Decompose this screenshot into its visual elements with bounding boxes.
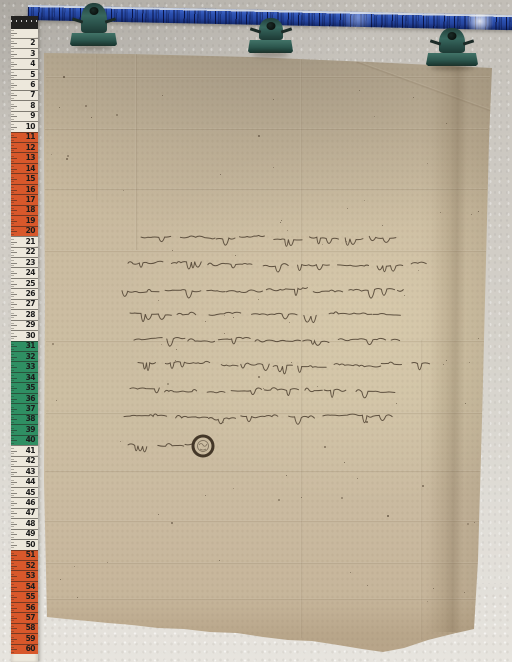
script-line-4 <box>130 312 400 323</box>
ruler-mm-tick <box>11 108 14 109</box>
ruler-cm-51: 51 <box>11 550 38 560</box>
ruler-half-tick <box>11 148 17 149</box>
ruler-mm-tick <box>11 119 14 120</box>
ruler-cm-23: 23 <box>11 257 38 267</box>
ruler-mm-tick <box>11 526 14 527</box>
seal-ring <box>193 436 213 456</box>
ruler-mm-tick <box>11 187 14 188</box>
ruler-number: 39 <box>26 426 35 434</box>
ruler-number: 36 <box>26 394 35 402</box>
ruler-cm-57: 57 <box>11 612 38 622</box>
ruler-mm-tick <box>11 198 14 199</box>
ruler-mm-tick <box>11 459 14 460</box>
ruler-cm-17: 17 <box>11 194 38 204</box>
ruler-half-tick <box>11 294 17 295</box>
ruler-mm-tick <box>11 584 14 585</box>
ruler-mm-tick <box>11 401 14 402</box>
ruler-mm-tick <box>11 558 14 559</box>
ruler-mm-tick <box>11 422 14 423</box>
ruler-mm-tick <box>11 124 14 125</box>
ruler-half-tick <box>11 628 17 629</box>
ruler-cm-33: 33 <box>11 361 38 371</box>
ruler-cm-35: 35 <box>11 382 38 392</box>
ruler-half-tick <box>11 524 17 525</box>
ruler-mm-tick <box>11 579 14 580</box>
binder-clip-left <box>70 3 117 46</box>
ruler-half-tick <box>11 315 17 316</box>
ruler-number: 21 <box>26 238 35 246</box>
ruler-half-tick <box>11 482 17 483</box>
ruler-cm-2: 2 <box>11 38 38 48</box>
ruler-mm-tick <box>11 417 14 418</box>
ruler-mm-tick <box>11 464 14 465</box>
ruler-number: 31 <box>26 342 35 350</box>
ruler-number: 60 <box>26 645 35 653</box>
ruler-cm-46: 46 <box>11 497 38 507</box>
ruler-mm-tick <box>11 532 14 533</box>
script-line-1 <box>141 235 396 246</box>
ruler-cm-49: 49 <box>11 529 38 539</box>
ruler-half-tick <box>11 430 17 431</box>
ruler-number: 15 <box>26 175 35 183</box>
ruler-half-tick <box>11 555 17 556</box>
ruler-cm-45: 45 <box>11 487 38 497</box>
ruler-mm-tick <box>11 553 14 554</box>
ruler-mm-tick <box>11 386 14 387</box>
ruler-half-tick <box>11 179 17 180</box>
ruler-number: 11 <box>26 133 35 141</box>
clip-head <box>259 18 283 40</box>
ruler-mm-tick <box>11 328 14 329</box>
ruler-number: 19 <box>26 217 35 225</box>
ruler-cm-8: 8 <box>11 100 38 110</box>
ruler-cm-15: 15 <box>11 173 38 183</box>
ruler-mm-tick <box>11 307 14 308</box>
ruler-mm-tick <box>11 219 14 220</box>
ruler-mm-tick <box>11 177 14 178</box>
ruler-mm-tick <box>11 480 14 481</box>
ruler-number: 48 <box>26 520 35 528</box>
ruler-cm-41: 41 <box>11 445 38 455</box>
manuscript-page <box>0 0 512 662</box>
ruler-half-tick <box>11 513 17 514</box>
ruler-half-tick <box>11 618 17 619</box>
ruler-mm-tick <box>11 432 14 433</box>
ruler-mm-tick <box>11 620 14 621</box>
ruler-mm-tick <box>11 448 14 449</box>
ruler-number: 33 <box>26 363 35 371</box>
script-line-5 <box>134 337 400 346</box>
ruler-mm-tick <box>11 51 14 52</box>
ruler-mm-tick <box>11 271 14 272</box>
ruler-half-tick <box>11 43 17 44</box>
ruler-half-tick <box>11 158 17 159</box>
ruler-half-tick <box>11 137 17 138</box>
ruler-half-tick <box>11 419 17 420</box>
ruler-cm-59: 59 <box>11 633 38 643</box>
ruler-number: 54 <box>26 583 35 591</box>
ruler-mm-tick <box>11 229 14 230</box>
ruler-mm-tick <box>11 202 14 203</box>
ruler-mm-tick <box>11 469 14 470</box>
ruler-cm-47: 47 <box>11 508 38 518</box>
ruler-half-tick <box>11 566 17 567</box>
ruler-cm-52: 52 <box>11 560 38 570</box>
ruler-number: 29 <box>26 321 35 329</box>
ruler-mm-tick <box>11 641 14 642</box>
ruler-number: 3 <box>30 50 35 58</box>
ruler-half-tick <box>11 534 17 535</box>
ruler-number: 50 <box>26 541 35 549</box>
ruler-cm-28: 28 <box>11 309 38 319</box>
ruler-mm-tick <box>11 129 14 130</box>
ruler-half-tick <box>11 388 17 389</box>
ruler-half-tick <box>11 325 17 326</box>
ruler-cm-4: 4 <box>11 58 38 68</box>
ruler-mm-tick <box>11 77 14 78</box>
ruler-number: 59 <box>26 635 35 643</box>
ruler-number: 13 <box>26 154 35 162</box>
ruler-mm-tick <box>11 396 14 397</box>
ruler-number: 8 <box>30 102 35 110</box>
ruler-half-tick <box>11 242 17 243</box>
ruler-mm-tick <box>11 411 14 412</box>
ruler-mm-tick <box>11 161 14 162</box>
ruler-number: 53 <box>26 572 35 580</box>
ruler-mm-tick <box>11 223 14 224</box>
ruler-mm-tick <box>11 192 14 193</box>
ruler-mm-tick <box>11 62 14 63</box>
ruler-number: 27 <box>26 300 35 308</box>
seal-stamp <box>193 436 213 456</box>
ruler-cm-32: 32 <box>11 351 38 361</box>
ruler-mm-tick <box>11 511 14 512</box>
manuscript-photo-scene: 2345678910111213141516171819202122232425… <box>0 0 512 662</box>
ruler-mm-tick <box>11 66 14 67</box>
ruler-half-tick <box>11 263 17 264</box>
ruler-mm-tick <box>11 563 14 564</box>
script-line-3 <box>122 288 403 299</box>
clip-hole-icon <box>89 7 98 15</box>
ruler-cm-9: 9 <box>11 111 38 121</box>
ruler-mm-tick <box>11 574 14 575</box>
ruler-half-tick <box>11 64 17 65</box>
clip-head <box>81 3 107 33</box>
ruler-number: 55 <box>26 593 35 601</box>
ruler-half-tick <box>11 127 17 128</box>
ruler-half-tick <box>11 399 17 400</box>
binder-clip-middle <box>248 18 293 53</box>
ruler-cm-60: 60 <box>11 644 38 654</box>
ruler-mm-tick <box>11 260 14 261</box>
ruler-number: 43 <box>26 468 35 476</box>
ruler-number: 16 <box>26 185 35 193</box>
ruler-half-tick <box>11 440 17 441</box>
ruler-cm-48: 48 <box>11 518 38 528</box>
ruler-half-tick <box>11 190 17 191</box>
ruler-half-tick <box>11 200 17 201</box>
ruler-mm-tick <box>11 296 14 297</box>
ruler-cm-21: 21 <box>11 236 38 246</box>
ruler-number: 57 <box>26 614 35 622</box>
script-line-6 <box>138 361 430 373</box>
ruler-half-tick <box>11 273 17 274</box>
ruler-mm-tick <box>11 370 14 371</box>
binder-clip-right <box>426 28 478 66</box>
ruler-number: 46 <box>26 499 35 507</box>
ruler-number: 37 <box>26 405 35 413</box>
ruler-half-tick <box>11 346 17 347</box>
ruler-cm-16: 16 <box>11 184 38 194</box>
ruler-number: 41 <box>26 447 35 455</box>
seal-glyphs <box>199 444 207 451</box>
ruler-number: 25 <box>26 280 35 288</box>
ruler-mm-tick <box>11 171 14 172</box>
ruler-mm-tick <box>11 250 14 251</box>
ruler-cm-40: 40 <box>11 435 38 445</box>
ruler-number: 23 <box>26 259 35 267</box>
ruler-number: 26 <box>26 290 35 298</box>
ruler-mm-tick <box>11 595 14 596</box>
ruler-cm-36: 36 <box>11 393 38 403</box>
ruler-number: 2 <box>30 39 35 47</box>
ruler-cm-26: 26 <box>11 288 38 298</box>
ruler-half-tick <box>11 85 17 86</box>
script-line-7 <box>130 388 395 398</box>
ruler-half-tick <box>11 378 17 379</box>
ruler-cm-14: 14 <box>11 163 38 173</box>
ruler-half-tick <box>11 284 17 285</box>
ruler-mm-tick <box>11 610 14 611</box>
ruler-mm-tick <box>11 317 14 318</box>
ruler-mm-tick <box>11 516 14 517</box>
ruler-number: 56 <box>26 603 35 611</box>
ruler-mm-tick <box>11 145 14 146</box>
ruler-cm-53: 53 <box>11 570 38 580</box>
script-line-9 <box>128 444 192 452</box>
ruler-mm-tick <box>11 323 14 324</box>
ruler-number: 40 <box>26 436 35 444</box>
ruler-number: 18 <box>26 206 35 214</box>
ruler-cm-37: 37 <box>11 403 38 413</box>
ruler-mm-tick <box>11 589 14 590</box>
ruler-cm-50: 50 <box>11 539 38 549</box>
ruler-mm-tick <box>11 286 14 287</box>
ruler-half-tick <box>11 493 17 494</box>
ruler-half-tick <box>11 75 17 76</box>
ruler-cm-58: 58 <box>11 623 38 633</box>
ruler-mm-tick <box>11 41 14 42</box>
ruler-half-tick <box>11 409 17 410</box>
ruler-mm-tick <box>11 490 14 491</box>
ruler-mm-tick <box>11 333 14 334</box>
ruler-cm-44: 44 <box>11 476 38 486</box>
ruler-number: 12 <box>26 144 35 152</box>
ruler-number: 7 <box>30 91 35 99</box>
ruler-cm-55: 55 <box>11 591 38 601</box>
ruler-number: 42 <box>26 457 35 465</box>
ruler-half-tick <box>11 210 17 211</box>
ruler-mm-tick <box>11 359 14 360</box>
ruler-mm-tick <box>11 501 14 502</box>
ruler-half-tick <box>11 231 17 232</box>
ruler-cm-7: 7 <box>11 90 38 100</box>
ruler-cm-5: 5 <box>11 69 38 79</box>
ruler-mm-tick <box>11 104 14 105</box>
ruler-mm-tick <box>11 344 14 345</box>
ruler-mm-tick <box>11 83 14 84</box>
clip-shadow <box>430 65 474 70</box>
ruler-mm-tick <box>11 56 14 57</box>
clip-head <box>439 28 465 53</box>
ruler-mm-tick <box>11 637 14 638</box>
ruler-number: 32 <box>26 353 35 361</box>
ruler-mm-tick <box>11 354 14 355</box>
ruler-number: 17 <box>26 196 35 204</box>
ruler-number: 5 <box>30 71 35 79</box>
ruler-number: 44 <box>26 478 35 486</box>
ruler-mm-tick <box>11 140 14 141</box>
ruler-number: 28 <box>26 311 35 319</box>
ruler-number: 4 <box>30 60 35 67</box>
ruler-cm-13: 13 <box>11 152 38 162</box>
ruler-half-tick <box>11 95 17 96</box>
ruler-half-tick <box>11 472 17 473</box>
script-line-8 <box>124 414 392 424</box>
ruler-cm-27: 27 <box>11 299 38 309</box>
ruler-number: 58 <box>26 624 35 632</box>
ruler-mm-tick <box>11 281 14 282</box>
ruler-half-tick <box>11 252 17 253</box>
ruler-mm-tick <box>11 390 14 391</box>
ruler-cm-43: 43 <box>11 466 38 476</box>
ruler-mm-tick <box>11 313 14 314</box>
ruler-number: 10 <box>26 123 35 131</box>
ruler-half-tick <box>11 33 17 34</box>
ruler-cm-25: 25 <box>11 278 38 288</box>
ruler-mm-tick <box>11 292 14 293</box>
ruler-half-tick <box>11 304 17 305</box>
ruler-half-tick <box>11 221 17 222</box>
ruler-mm-tick <box>11 46 14 47</box>
ruler-mm-tick <box>11 338 14 339</box>
ruler-half-tick <box>11 367 17 368</box>
ruler-mm-tick <box>11 87 14 88</box>
ruler-mm-tick <box>11 265 14 266</box>
ruler-mm-tick <box>11 156 14 157</box>
ruler-mm-tick <box>11 98 14 99</box>
ruler-number: 30 <box>26 332 35 340</box>
ruler-half-tick <box>11 576 17 577</box>
ruler-mm-tick <box>11 484 14 485</box>
ruler-mm-tick <box>11 647 14 648</box>
ruler-mm-tick <box>11 537 14 538</box>
ruler-number: 38 <box>26 415 35 423</box>
ruler-number: 9 <box>30 112 35 120</box>
ruler-mm-tick <box>11 380 14 381</box>
ruler-mm-tick <box>11 626 14 627</box>
ruler-half-tick <box>11 608 17 609</box>
ruler-half-tick <box>11 451 17 452</box>
ruler-cm-6: 6 <box>11 79 38 89</box>
ruler-half-tick <box>11 116 17 117</box>
ruler-mm-tick <box>11 365 14 366</box>
ruler-half-tick <box>11 545 17 546</box>
ruler-half-tick <box>11 357 17 358</box>
ruler-mm-tick <box>11 72 14 73</box>
ruler-mm-tick <box>11 522 14 523</box>
ruler-cm-30: 30 <box>11 330 38 340</box>
ruler-number: 6 <box>30 81 35 89</box>
ruler-mm-tick <box>11 568 14 569</box>
ruler-mm-tick <box>11 234 14 235</box>
ruler-cm-18: 18 <box>11 205 38 215</box>
vertical-cm-ruler: 2345678910111213141516171819202122232425… <box>11 16 38 662</box>
ruler-cm-31: 31 <box>11 341 38 351</box>
ruler-cm-10: 10 <box>11 121 38 131</box>
ruler-cm-20: 20 <box>11 226 38 236</box>
ruler-mm-tick <box>11 93 14 94</box>
ruler-mm-tick <box>11 605 14 606</box>
clip-hole-icon <box>448 32 457 40</box>
ruler-mm-tick <box>11 255 14 256</box>
ruler-mm-tick <box>11 407 14 408</box>
ruler-number: 22 <box>26 248 35 256</box>
ruler-mm-tick <box>11 652 14 653</box>
ruler-mm-tick <box>11 166 14 167</box>
ruler-half-tick <box>11 639 17 640</box>
ruler-number: 47 <box>26 509 35 517</box>
ruler-mm-tick <box>11 30 14 31</box>
ruler-number: 49 <box>26 530 35 538</box>
ruler-number: 52 <box>26 562 35 570</box>
ruler-mm-tick <box>11 239 14 240</box>
ruler-mm-tick <box>11 150 14 151</box>
ruler-cm-29: 29 <box>11 320 38 330</box>
ruler-mm-tick <box>11 349 14 350</box>
clip-shadow <box>252 52 290 57</box>
ruler-mm-tick <box>11 474 14 475</box>
ruler-mm-tick <box>11 375 14 376</box>
ruler-number: 14 <box>26 165 35 173</box>
ruler-mm-tick <box>11 181 14 182</box>
ruler-cm-12: 12 <box>11 142 38 152</box>
ruler-cm-38: 38 <box>11 414 38 424</box>
ruler-mm-tick <box>11 547 14 548</box>
ruler-top-cap <box>11 16 38 29</box>
ruler-mm-tick <box>11 213 14 214</box>
ruler-cm-42: 42 <box>11 456 38 466</box>
ruler-mm-tick <box>11 443 14 444</box>
ruler-mm-tick <box>11 244 14 245</box>
ruler-number: 51 <box>26 551 35 559</box>
ruler-mm-tick <box>11 302 14 303</box>
ruler-mm-tick <box>11 599 14 600</box>
ruler-number: 20 <box>26 227 35 235</box>
ruler-mm-tick <box>11 275 14 276</box>
ruler-number: 45 <box>26 489 35 497</box>
ruler-half-tick <box>11 649 17 650</box>
ruler-half-tick <box>11 461 17 462</box>
ruler-half-tick <box>11 336 17 337</box>
ruler-cm-34: 34 <box>11 372 38 382</box>
ruler-mm-tick <box>11 631 14 632</box>
ruler-mm-tick <box>11 35 14 36</box>
ruler-half-tick <box>11 54 17 55</box>
script-line-2 <box>128 261 426 272</box>
ruler-half-tick <box>11 597 17 598</box>
ruler-mm-tick <box>11 616 14 617</box>
